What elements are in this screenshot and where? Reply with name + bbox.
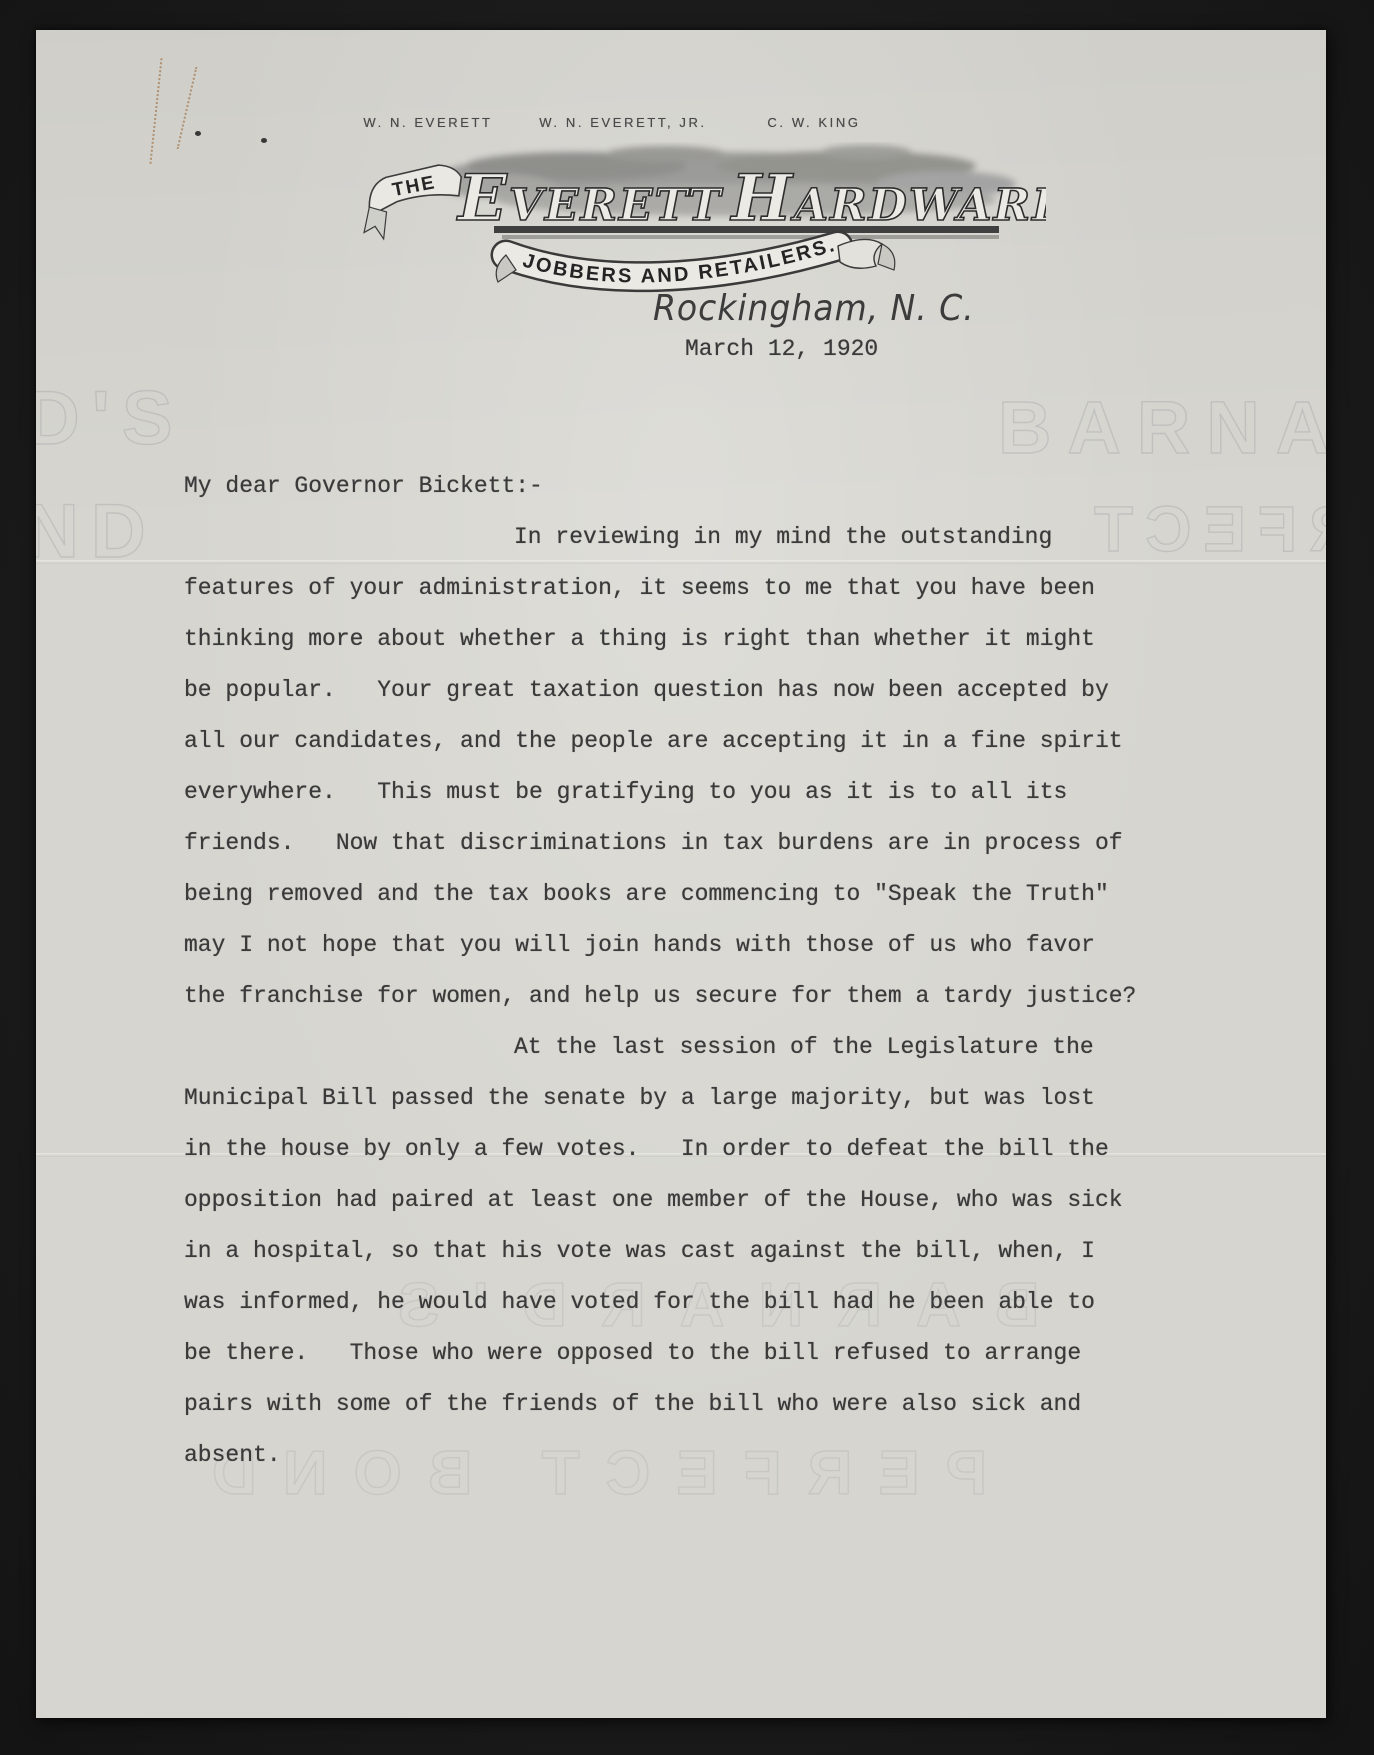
typed-line: Municipal Bill passed the senate by a la… [184, 1078, 1184, 1129]
typed-line: features of your administration, it seem… [184, 568, 1184, 619]
typed-line: be there. Those who were opposed to the … [184, 1333, 1184, 1384]
logo-banner-ribbon: JOBBERS AND RETAILERS. [496, 234, 895, 288]
typed-line: all our candidates, and the people are a… [184, 721, 1184, 772]
rust-mark [177, 67, 198, 149]
typed-line: absent. [184, 1435, 1184, 1486]
letterhead-officer: W. N. EVERETT, JR. [539, 115, 706, 130]
typed-line: opposition had paired at least one membe… [184, 1180, 1184, 1231]
wordmark-underline [494, 226, 999, 233]
salutation-line: My dear Governor Bickett:- [184, 466, 1184, 517]
company-logo: THE EVERETTHARDWARECo. JOBBERS AND RETAI… [346, 142, 1046, 294]
typed-line: in the house by only a few votes. In ord… [184, 1129, 1184, 1180]
typed-line: being removed and the tax books are comm… [184, 874, 1184, 925]
typed-line: At the last session of the Legislature t… [184, 1027, 1184, 1078]
typed-line: was informed, he would have voted for th… [184, 1282, 1184, 1333]
watermark-text: BARNA [998, 385, 1326, 470]
watermark-text: RD'S [36, 375, 185, 462]
typed-line: the franchise for women, and help us sec… [184, 976, 1184, 1027]
the-ribbon: THE [354, 161, 470, 242]
typed-line: in a hospital, so that his vote was cast… [184, 1231, 1184, 1282]
watermark-text: BOND [36, 488, 158, 575]
letterhead-city: Rockingham, N. C. [653, 288, 975, 329]
letter-date: March 12, 1920 [685, 336, 878, 362]
typed-line: everywhere. This must be gratifying to y… [184, 772, 1184, 823]
wordmark-underline-shadow [502, 235, 999, 239]
typed-line: be popular. Your great taxation question… [184, 670, 1184, 721]
typed-line: friends. Now that discriminations in tax… [184, 823, 1184, 874]
typed-line: may I not hope that you will join hands … [184, 925, 1184, 976]
typed-line: pairs with some of the friends of the bi… [184, 1384, 1184, 1435]
staple-hole [261, 138, 267, 143]
letterhead-officer: C. W. KING [767, 115, 860, 130]
typed-line: thinking more about whether a thing is r… [184, 619, 1184, 670]
rust-mark [149, 58, 162, 164]
letter-body: My dear Governor Bickett:- In reviewing … [184, 466, 1184, 1486]
letter-page: RD'S BOND BARNA PERFECT BARNARD'S PERFEC… [36, 30, 1326, 1718]
letterhead-officer: W. N. EVERETT [363, 115, 492, 130]
staple-hole [195, 131, 201, 136]
typed-line: In reviewing in my mind the outstanding [184, 517, 1184, 568]
